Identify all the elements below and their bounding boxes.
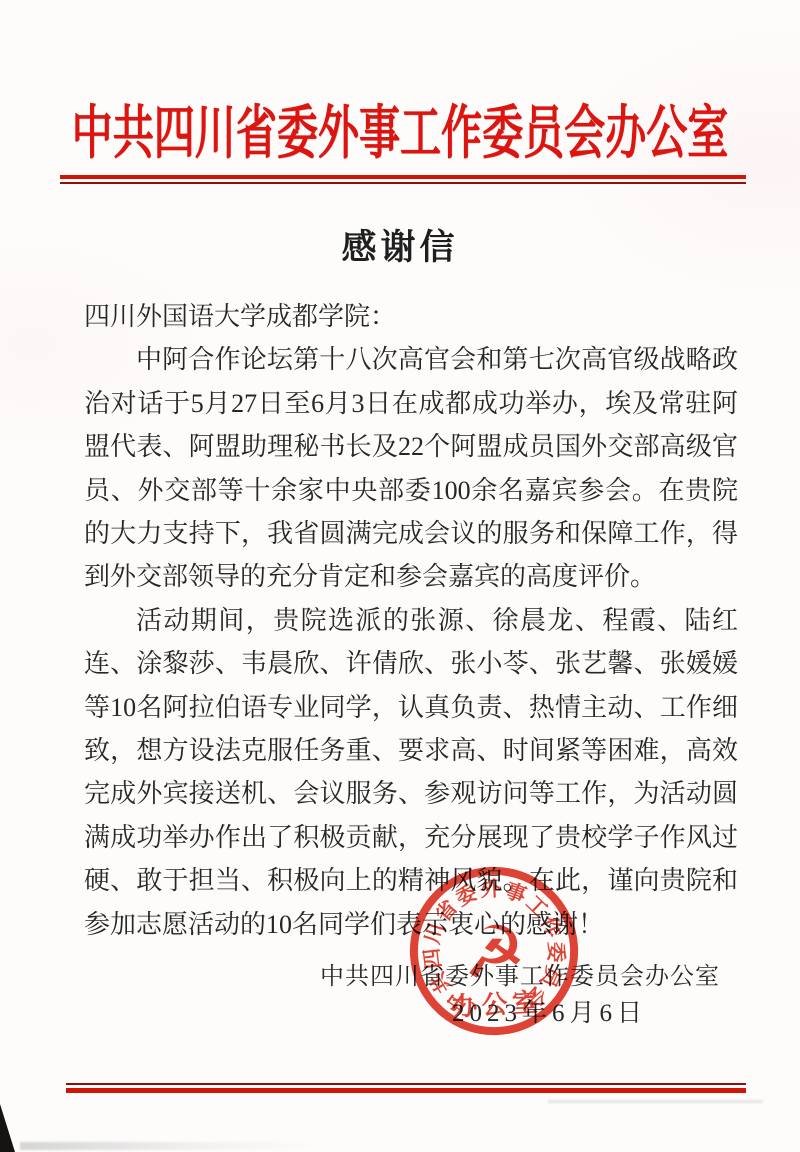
scanned-letter-page: 中共四川省委外事工作委员会办公室 感谢信 四川外国语大学成都学院： 中阿合作论坛… [0,0,800,1152]
scan-artifact-streak [548,1100,763,1103]
seal-ring-char: 作 [536,913,566,942]
letterhead-rule-thick [60,175,746,179]
letterhead-org-title: 中共四川省委外事工作委员会办公室 [0,86,800,170]
org-title-text: 中共四川省委外事工作委员会办公室 [72,86,729,170]
letter-title: 感谢信 [0,220,800,270]
letterhead-rule-thin [60,182,746,184]
scan-artifact-corner [0,1104,15,1152]
letter-body: 四川外国语大学成都学院： 中阿合作论坛第十八次高官会和第七次高官级战略政治对话于… [84,295,738,946]
seal-bottom-text: 办公室 [451,988,543,1022]
scan-artifact-smudge [20,1142,320,1150]
footer-rule-thick [66,1088,746,1093]
salutation: 四川外国语大学成都学院： [84,295,738,338]
seal-ring-char: 委 [452,881,481,911]
seal-ring-char: 外 [480,877,502,901]
seal-ring-char: 委 [544,942,567,963]
hammer-and-sickle-icon: ☭ [460,909,528,995]
seal-ring-char: 川 [421,920,449,946]
seal-ring-char: 四 [420,947,445,970]
paragraph-1: 中阿合作论坛第十八次高官会和第七次高官级战略政治对话于5月27日至6月3日在成都… [84,338,738,598]
footer-rule-thin [66,1083,746,1085]
official-seal: 中共四川省委外事工作委员会 ☭ 办公室 [396,857,591,1044]
